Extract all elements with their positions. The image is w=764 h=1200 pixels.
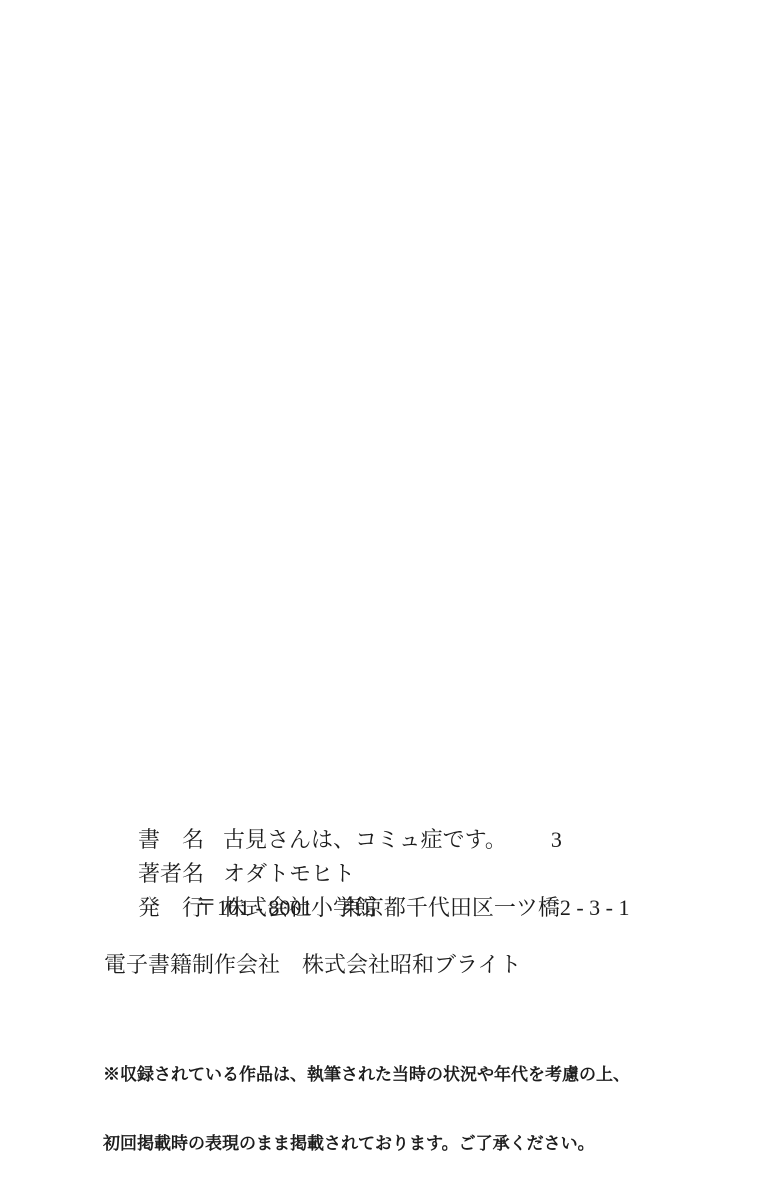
book-title-label: 書 名 bbox=[138, 823, 204, 857]
ebook-production-company: 電子書籍制作会社 株式会社昭和ブライト bbox=[104, 951, 521, 979]
book-title-value: 古見さんは、コミュ症です。 bbox=[223, 827, 507, 852]
disclaimer-note-line-1: ※収録されている作品は、執筆された当時の状況や年代を考慮の上、 bbox=[103, 1063, 630, 1086]
author-label: 著者名 bbox=[138, 857, 204, 891]
colophon-row-title: 書 名古見さんは、コミュ症です。3 bbox=[105, 789, 629, 823]
author-value: オダトモヒト bbox=[223, 861, 355, 886]
disclaimer-note: ※収録されている作品は、執筆された当時の状況や年代を考慮の上、 初回掲載時の表現… bbox=[103, 1017, 630, 1200]
publisher-address: 〒101 - 8001 東京都千代田区一ツ橋2 - 3 - 1 bbox=[195, 891, 629, 925]
volume-number: 3 bbox=[551, 827, 562, 852]
ebook-colophon-page: 書 名古見さんは、コミュ症です。3 著者名オダトモヒト 発 行株式会社小学館 〒… bbox=[0, 0, 764, 1200]
disclaimer-note-line-2: 初回掲載時の表現のまま掲載されております。ご了承ください。 bbox=[103, 1132, 630, 1155]
colophon-block: 書 名古見さんは、コミュ症です。3 著者名オダトモヒト 発 行株式会社小学館 〒… bbox=[105, 789, 629, 925]
